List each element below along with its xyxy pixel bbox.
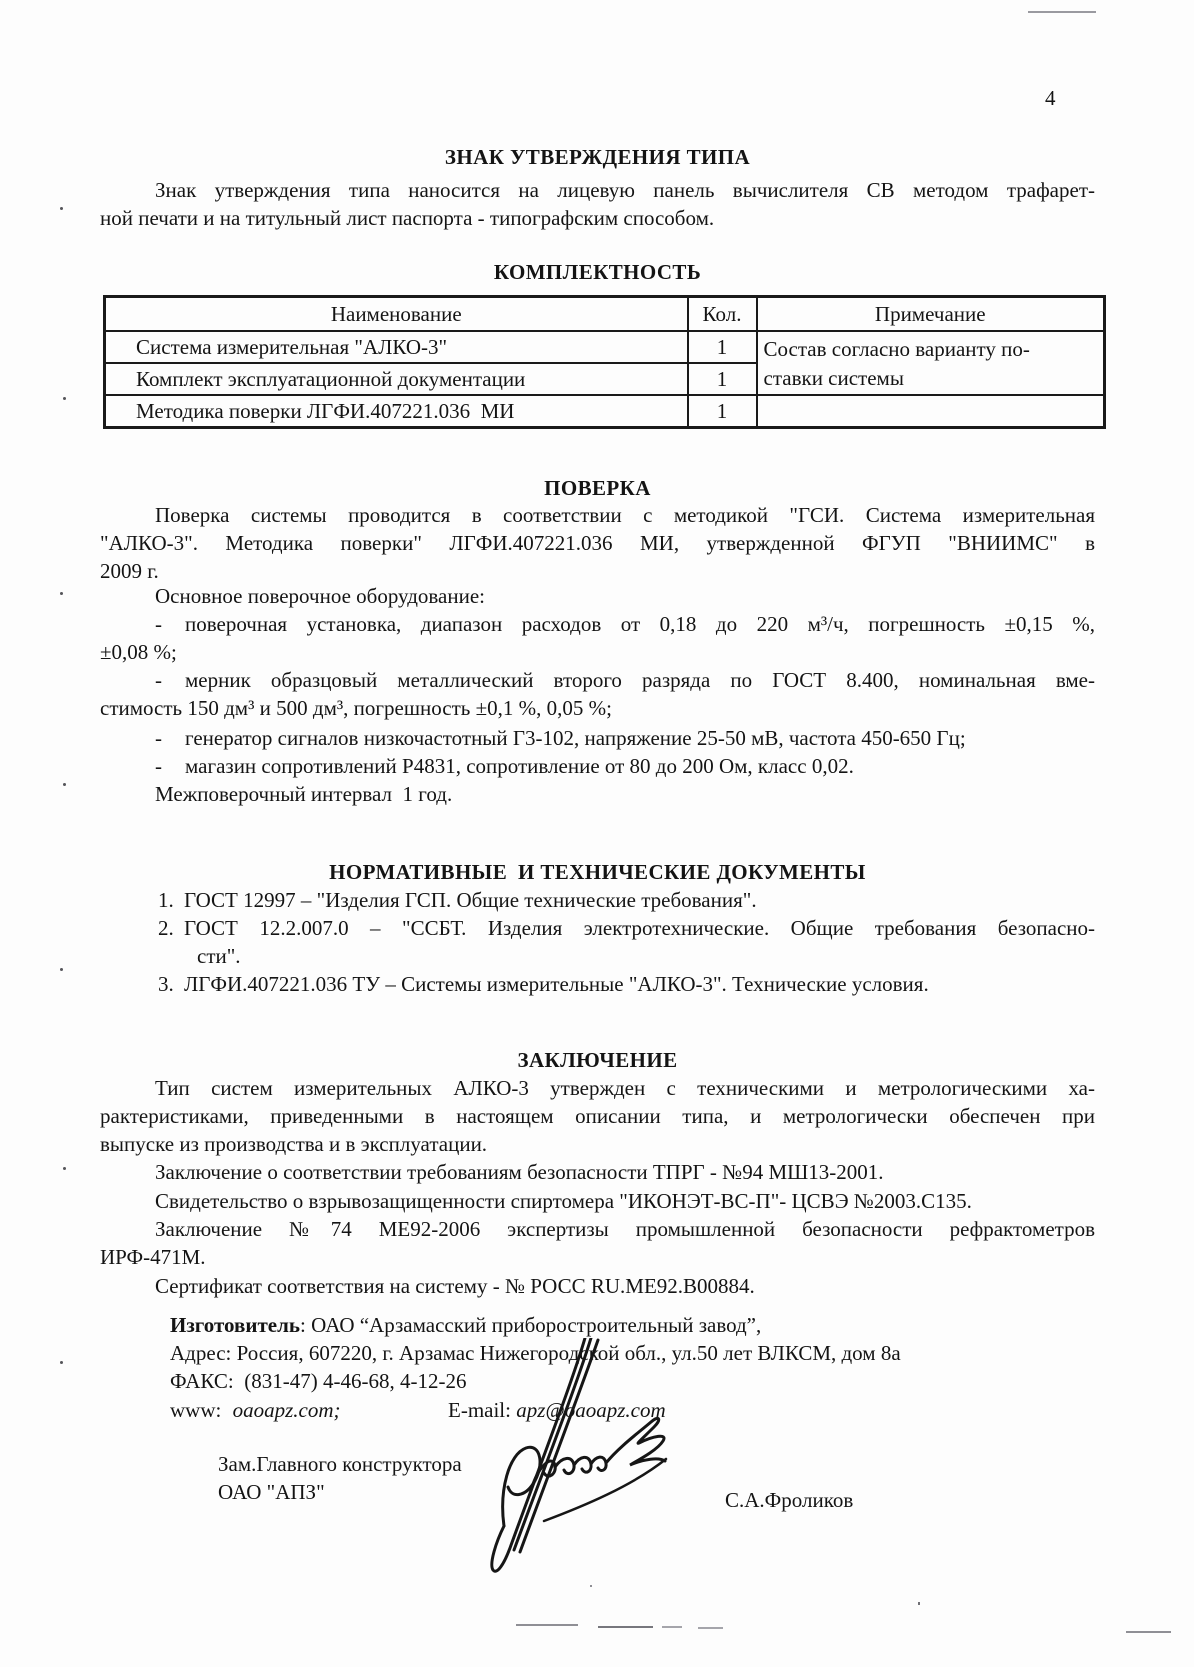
- paragraph-line: выпуске из производства и в эксплуатации…: [100, 1130, 1095, 1158]
- manufacturer-label: Изготовитель: [170, 1313, 300, 1337]
- list-item-text: мерник образцовый металлический второго …: [185, 668, 1095, 692]
- paragraph-line: ИРФ-471М.: [100, 1243, 1095, 1271]
- cell-name: Система измерительная "АЛКО-3": [105, 331, 688, 363]
- paragraph-line: "АЛКО-3". Методика поверки" ЛГФИ.407221.…: [100, 529, 1095, 557]
- signer-name: С.А.Фроликов: [725, 1486, 853, 1514]
- doc-item: 3.ЛГФИ.407221.036 ТУ – Системы измерител…: [100, 970, 1095, 998]
- www-label: www:: [170, 1398, 221, 1422]
- list-item-continuation: стимость 150 дм³ и 500 дм³, погрешность …: [100, 694, 1095, 722]
- list-item-text: генератор сигналов низкочастотный Г3-102…: [185, 726, 966, 750]
- doc-text: ГОСТ 12.2.007.0 – "ССБТ. Изделия электро…: [184, 916, 1095, 940]
- section-title-verification: ПОВЕРКА: [100, 474, 1095, 502]
- cell-note: Состав согласно варианту по- ставки сист…: [757, 331, 1105, 395]
- section-title-completeness: КОМПЛЕКТНОСТЬ: [100, 258, 1095, 286]
- scan-artifact-dot: [918, 1602, 920, 1605]
- normative-docs-list: 1.ГОСТ 12997 – "Изделия ГСП. Общие техни…: [100, 886, 1095, 998]
- cell-qty: 1: [688, 331, 757, 363]
- scan-artifact-dot: [63, 1167, 66, 1170]
- scan-artifact-bottomdash: [698, 1627, 723, 1629]
- paragraph-line: Тип систем измерительных АЛКО-3 утвержде…: [100, 1074, 1095, 1102]
- scan-artifact-dot: [63, 783, 66, 786]
- doc-item: 2.ГОСТ 12.2.007.0 – "ССБТ. Изделия элект…: [100, 914, 1095, 942]
- completeness-table-wrap: Наименование Кол. Примечание Система изм…: [103, 295, 1106, 429]
- doc-item-continuation: сти".: [100, 942, 1095, 970]
- scan-artifact-bottomdash: [516, 1624, 578, 1626]
- conclusion-body: Тип систем измерительных АЛКО-3 утвержде…: [100, 1074, 1095, 1300]
- scan-artifact-dot: [590, 1585, 592, 1587]
- section-title-normative-docs: НОРМАТИВНЫЕ И ТЕХНИЧЕСКИЕ ДОКУМЕНТЫ: [100, 858, 1095, 886]
- paragraph-line: Сертификат соответствия на систему - № Р…: [100, 1272, 1095, 1300]
- list-dash: -: [155, 752, 185, 780]
- equipment-intro: Основное поверочное оборудование:: [100, 582, 1095, 610]
- scan-artifact-bottomdash: [598, 1626, 653, 1628]
- paragraph-line: рактеристиками, приведенными в настоящем…: [100, 1102, 1095, 1130]
- list-dash: -: [155, 724, 185, 752]
- scan-artifact-dot: [60, 207, 63, 210]
- note-line: Состав согласно варианту по-: [764, 335, 1098, 364]
- list-item-continuation: ±0,08 %;: [100, 638, 1095, 666]
- scan-artifact-dot: [60, 592, 63, 595]
- list-item: -магазин сопротивлений Р4831, сопротивле…: [100, 752, 1095, 780]
- doc-number: 2.: [158, 914, 184, 942]
- scan-artifact-topline: [1028, 11, 1096, 13]
- manufacturer-name: : ОАО “Арзамасский приборостроительный з…: [300, 1313, 761, 1337]
- scan-artifact-bottomdash: [662, 1626, 682, 1628]
- table-header-row: Наименование Кол. Примечание: [105, 297, 1105, 332]
- doc-text: ГОСТ 12997 – "Изделия ГСП. Общие техниче…: [184, 888, 757, 912]
- table-row: Система измерительная "АЛКО-3" 1 Состав …: [105, 331, 1105, 363]
- cell-qty: 1: [688, 363, 757, 395]
- www-value: oaoapz.com;: [233, 1398, 341, 1422]
- cell-name: Методика поверки ЛГФИ.407221.036 МИ: [105, 395, 688, 428]
- list-dash: -: [155, 666, 185, 694]
- interval-line: Межповерочный интервал 1 год.: [100, 780, 1095, 808]
- list-item: -мерник образцовый металлический второго…: [100, 666, 1095, 694]
- column-header-qty: Кол.: [688, 297, 757, 332]
- cell-note-empty: [757, 395, 1105, 428]
- completeness-table: Наименование Кол. Примечание Система изм…: [103, 295, 1106, 429]
- paragraph-line: Заключение №74 МЕ92-2006 экспертизы пром…: [100, 1215, 1095, 1243]
- list-item: -генератор сигналов низкочастотный Г3-10…: [100, 724, 1095, 752]
- paragraph-line: Заключение о соответствии требованиям бе…: [100, 1158, 1095, 1186]
- column-header-note: Примечание: [757, 297, 1105, 332]
- doc-item: 1.ГОСТ 12997 – "Изделия ГСП. Общие техни…: [100, 886, 1095, 914]
- position-line: Зам.Главного конструктора: [218, 1450, 462, 1478]
- manufacturer-line: Изготовитель: ОАО “Арзамасский приборост…: [170, 1311, 1100, 1339]
- list-item-text: магазин сопротивлений Р4831, сопротивлен…: [185, 754, 854, 778]
- paragraph-line: 2009 г.: [100, 557, 1095, 585]
- table-row: Методика поверки ЛГФИ.407221.036 МИ 1: [105, 395, 1105, 428]
- note-line: ставки системы: [764, 364, 1098, 393]
- list-dash: -: [155, 610, 185, 638]
- cell-qty: 1: [688, 395, 757, 428]
- scan-artifact-dot: [63, 397, 66, 400]
- verification-paragraph: Поверка системы проводится в соответстви…: [100, 501, 1095, 585]
- section-title-type-approval-mark: ЗНАК УТВЕРЖДЕНИЯ ТИПА: [100, 143, 1095, 171]
- list-item-text: поверочная установка, диапазон расходов …: [185, 612, 1095, 636]
- cell-name: Комплект эксплуатационной документации: [105, 363, 688, 395]
- scan-artifact-dot: [60, 1361, 63, 1364]
- type-approval-paragraph: Знак утверждения типа наносится на лицев…: [100, 176, 1095, 232]
- list-item: -поверочная установка, диапазон расходов…: [100, 610, 1095, 638]
- scan-artifact-bottomdash: [1126, 1631, 1171, 1633]
- doc-number: 1.: [158, 886, 184, 914]
- paragraph-line: ной печати и на титульный лист паспорта …: [100, 204, 1095, 232]
- paragraph-line: Знак утверждения типа наносится на лицев…: [100, 176, 1095, 204]
- column-header-name: Наименование: [105, 297, 688, 332]
- equipment-list: -поверочная установка, диапазон расходов…: [100, 610, 1095, 808]
- paragraph-line: Свидетельство о взрывозащищенности спирт…: [100, 1187, 1095, 1215]
- signatory-position: Зам.Главного конструктора ОАО "АПЗ": [218, 1450, 462, 1506]
- position-line: ОАО "АПЗ": [218, 1478, 462, 1506]
- doc-number: 3.: [158, 970, 184, 998]
- paragraph-line: Поверка системы проводится в соответстви…: [100, 501, 1095, 529]
- page-number: 4: [1045, 86, 1056, 111]
- doc-text: ЛГФИ.407221.036 ТУ – Системы измерительн…: [184, 972, 929, 996]
- document-page: 4 ЗНАК УТВЕРЖДЕНИЯ ТИПА Знак утверждения…: [0, 0, 1194, 1667]
- signature-autograph: [452, 1338, 737, 1583]
- scan-artifact-dot: [60, 968, 63, 971]
- section-title-conclusion: ЗАКЛЮЧЕНИЕ: [100, 1046, 1095, 1074]
